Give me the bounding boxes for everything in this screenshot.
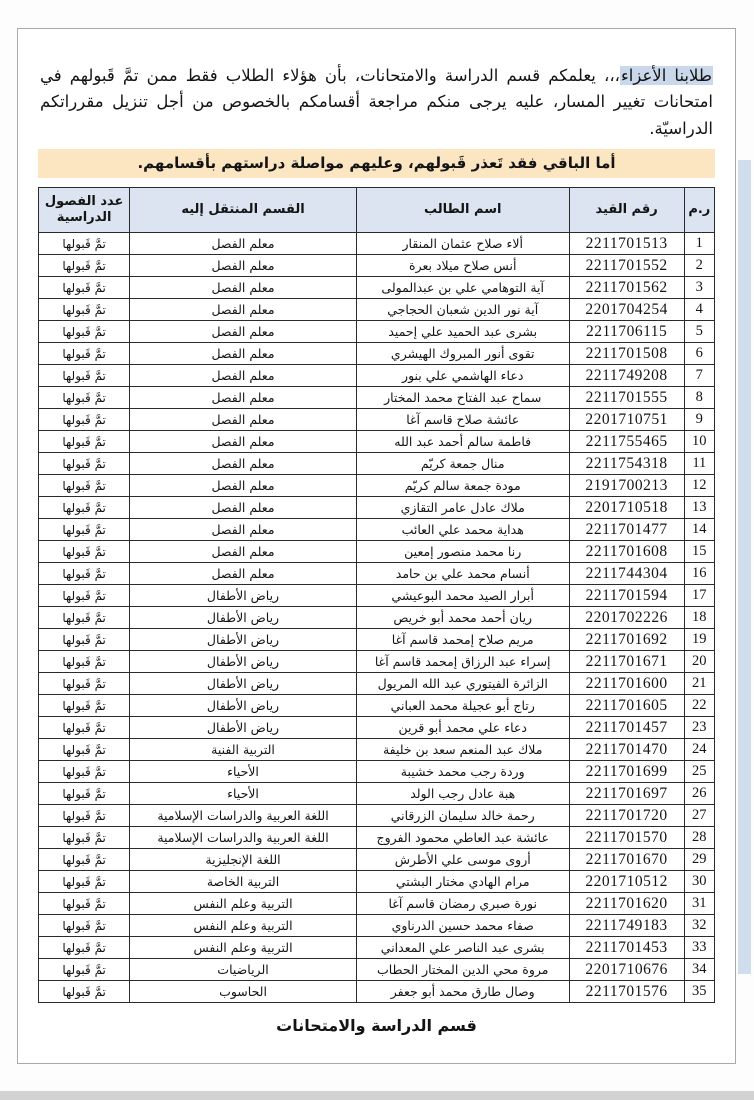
table-row: 3 2211701562 آية التوهامي علي بن عبدالمو…: [39, 277, 715, 299]
student-name-cell: صفاء محمد حسين الدرناوي: [356, 915, 569, 937]
student-name-cell: سماح عبد الفتاح محمد المختار: [356, 387, 569, 409]
department-cell: معلم الفصل: [130, 277, 356, 299]
table-row: 26 2211701697 هبة عادل رجب الولد الأحياء…: [39, 783, 715, 805]
student-name-cell: إسراء عبد الرزاق إمحمد قاسم آغا: [356, 651, 569, 673]
status-cell: تمَّ قَبولها: [39, 915, 130, 937]
department-cell: معلم الفصل: [130, 431, 356, 453]
department-cell: معلم الفصل: [130, 409, 356, 431]
reg-number-cell: 2211749183: [569, 915, 684, 937]
row-number-cell: 18: [684, 607, 714, 629]
table-row: 21 2211701600 الزائرة الفيتوري عبد الله …: [39, 673, 715, 695]
status-cell: تمَّ قَبولها: [39, 695, 130, 717]
reg-number-cell: 2201710518: [569, 497, 684, 519]
status-cell: تمَّ قَبولها: [39, 277, 130, 299]
status-cell: تمَّ قَبولها: [39, 255, 130, 277]
status-cell: تمَّ قَبولها: [39, 233, 130, 255]
department-cell: رياض الأطفال: [130, 651, 356, 673]
header-department: القسم المنتقل إليه: [130, 188, 356, 233]
reg-number-cell: 2211701620: [569, 893, 684, 915]
footer-signature: قسم الدراسة والامتحانات: [38, 1016, 715, 1035]
row-number-cell: 3: [684, 277, 714, 299]
student-name-cell: وردة رجب محمد خشيبة: [356, 761, 569, 783]
table-row: 12 2191700213 مودة جمعة سالم كريّم معلم …: [39, 475, 715, 497]
department-cell: الرياضيات: [130, 959, 356, 981]
table-row: 13 2201710518 ملاك عادل عامر التقازي معل…: [39, 497, 715, 519]
student-name-cell: أنسام محمد علي بن حامد: [356, 563, 569, 585]
row-number-cell: 30: [684, 871, 714, 893]
header-student-name: اسم الطالب: [356, 188, 569, 233]
table-row: 33 2211701453 بشرى عبد الناصر علي المعدا…: [39, 937, 715, 959]
reg-number-cell: 2211744304: [569, 563, 684, 585]
table-row: 5 2211706115 بشرى عبد الحميد علي إحميد م…: [39, 321, 715, 343]
header-semesters: عدد الفصول الدراسية: [39, 188, 130, 233]
department-cell: الأحياء: [130, 783, 356, 805]
row-number-cell: 1: [684, 233, 714, 255]
document-page-background: { "intro": { "highlight": "طلابنا الأعزا…: [0, 0, 754, 1100]
student-name-cell: هبة عادل رجب الولد: [356, 783, 569, 805]
document-page: طلابنا الأعزاء،،، يعلمكم قسم الدراسة وال…: [17, 28, 736, 1064]
table-row: 15 2211701608 رنا محمد منصور إمعين معلم …: [39, 541, 715, 563]
table-row: 2 2211701552 أنس صلاح ميلاد بعرة معلم ال…: [39, 255, 715, 277]
reg-number-cell: 2201710751: [569, 409, 684, 431]
bottom-gray-bar: [0, 1091, 754, 1100]
reg-number-cell: 2211701608: [569, 541, 684, 563]
reg-number-cell: 2211701453: [569, 937, 684, 959]
department-cell: الأحياء: [130, 761, 356, 783]
status-cell: تمَّ قَبولها: [39, 387, 130, 409]
table-row: 18 2201702226 ريان أحمد محمد أبو خريص ري…: [39, 607, 715, 629]
intro-text: ،،، يعلمكم قسم الدراسة والامتحانات، بأن …: [40, 66, 713, 138]
student-name-cell: فاطمة سالم أحمد عبد الله: [356, 431, 569, 453]
reg-number-cell: 2211701600: [569, 673, 684, 695]
department-cell: معلم الفصل: [130, 365, 356, 387]
row-number-cell: 8: [684, 387, 714, 409]
row-number-cell: 16: [684, 563, 714, 585]
status-cell: تمَّ قَبولها: [39, 299, 130, 321]
row-number-cell: 13: [684, 497, 714, 519]
intro-highlighted-phrase: طلابنا الأعزاء: [620, 66, 713, 85]
student-name-cell: أنس صلاح ميلاد بعرة: [356, 255, 569, 277]
student-name-cell: رنا محمد منصور إمعين: [356, 541, 569, 563]
student-name-cell: مودة جمعة سالم كريّم: [356, 475, 569, 497]
table-row: 6 2211701508 تقوى أنور المبروك الهيشري م…: [39, 343, 715, 365]
row-number-cell: 10: [684, 431, 714, 453]
status-cell: تمَّ قَبولها: [39, 563, 130, 585]
row-number-cell: 23: [684, 717, 714, 739]
row-number-cell: 22: [684, 695, 714, 717]
table-row: 22 2211701605 رتاج أبو عجيلة محمد العبان…: [39, 695, 715, 717]
department-cell: التربية الخاصة: [130, 871, 356, 893]
status-cell: تمَّ قَبولها: [39, 365, 130, 387]
row-number-cell: 27: [684, 805, 714, 827]
department-cell: معلم الفصل: [130, 255, 356, 277]
department-cell: رياض الأطفال: [130, 717, 356, 739]
table-row: 4 2201704254 آية نور الدين شعبان الحجاجي…: [39, 299, 715, 321]
reg-number-cell: 2201704254: [569, 299, 684, 321]
student-name-cell: دعاء علي محمد أبو قرين: [356, 717, 569, 739]
reg-number-cell: 2211701457: [569, 717, 684, 739]
student-name-cell: آية نور الدين شعبان الحجاجي: [356, 299, 569, 321]
status-cell: تمَّ قَبولها: [39, 541, 130, 563]
reg-number-cell: 2211701670: [569, 849, 684, 871]
student-name-cell: تقوى أنور المبروك الهيشري: [356, 343, 569, 365]
status-cell: تمَّ قَبولها: [39, 475, 130, 497]
department-cell: اللغة العربية والدراسات الإسلامية: [130, 827, 356, 849]
status-cell: تمَّ قَبولها: [39, 519, 130, 541]
table-row: 14 2211701477 هداية محمد علي العائب معلم…: [39, 519, 715, 541]
table-row: 17 2211701594 أبرار الصيد محمد البوعيشي …: [39, 585, 715, 607]
row-number-cell: 19: [684, 629, 714, 651]
reg-number-cell: 2201702226: [569, 607, 684, 629]
students-table-body: 1 2211701513 ألاء صلاح عثمان المنقار معل…: [39, 233, 715, 1003]
department-cell: رياض الأطفال: [130, 629, 356, 651]
department-cell: معلم الفصل: [130, 299, 356, 321]
department-cell: معلم الفصل: [130, 497, 356, 519]
row-number-cell: 33: [684, 937, 714, 959]
table-row: 20 2211701671 إسراء عبد الرزاق إمحمد قاس…: [39, 651, 715, 673]
table-row: 25 2211701699 وردة رجب محمد خشيبة الأحيا…: [39, 761, 715, 783]
row-number-cell: 26: [684, 783, 714, 805]
row-number-cell: 25: [684, 761, 714, 783]
table-row: 11 2211754318 منال جمعة كريّم معلم الفصل…: [39, 453, 715, 475]
status-cell: تمَّ قَبولها: [39, 871, 130, 893]
status-cell: تمَّ قَبولها: [39, 629, 130, 651]
student-name-cell: ملاك عادل عامر التقازي: [356, 497, 569, 519]
status-cell: تمَّ قَبولها: [39, 673, 130, 695]
table-row: 8 2211701555 سماح عبد الفتاح محمد المختا…: [39, 387, 715, 409]
row-number-cell: 9: [684, 409, 714, 431]
reg-number-cell: 2211701508: [569, 343, 684, 365]
reg-number-cell: 2201710676: [569, 959, 684, 981]
reg-number-cell: 2211754318: [569, 453, 684, 475]
status-cell: تمَّ قَبولها: [39, 651, 130, 673]
table-row: 9 2201710751 عائشة صلاح قاسم آغا معلم ال…: [39, 409, 715, 431]
students-table: ر.م رقم القيد اسم الطالب القسم المنتقل إ…: [38, 187, 715, 1003]
reg-number-cell: 2211701692: [569, 629, 684, 651]
department-cell: رياض الأطفال: [130, 607, 356, 629]
table-row: 16 2211744304 أنسام محمد علي بن حامد معل…: [39, 563, 715, 585]
row-number-cell: 12: [684, 475, 714, 497]
student-name-cell: رحمة خالد سليمان الزرقاني: [356, 805, 569, 827]
reg-number-cell: 2201710512: [569, 871, 684, 893]
students-table-header: ر.م رقم القيد اسم الطالب القسم المنتقل إ…: [39, 188, 715, 233]
status-cell: تمَّ قَبولها: [39, 761, 130, 783]
department-cell: معلم الفصل: [130, 519, 356, 541]
header-reg-number: رقم القيد: [569, 188, 684, 233]
department-cell: رياض الأطفال: [130, 673, 356, 695]
table-row: 28 2211701570 عائشة عبد العاطي محمود الف…: [39, 827, 715, 849]
student-name-cell: ألاء صلاح عثمان المنقار: [356, 233, 569, 255]
status-cell: تمَّ قَبولها: [39, 585, 130, 607]
status-cell: تمَّ قَبولها: [39, 959, 130, 981]
row-number-cell: 7: [684, 365, 714, 387]
status-cell: تمَّ قَبولها: [39, 717, 130, 739]
reg-number-cell: 2191700213: [569, 475, 684, 497]
table-row: 34 2201710676 مروة محي الدين المختار الح…: [39, 959, 715, 981]
department-cell: معلم الفصل: [130, 563, 356, 585]
department-cell: اللغة الإنجليزية: [130, 849, 356, 871]
table-row: 1 2211701513 ألاء صلاح عثمان المنقار معل…: [39, 233, 715, 255]
department-cell: معلم الفصل: [130, 233, 356, 255]
row-number-cell: 20: [684, 651, 714, 673]
student-name-cell: بشرى عبد الحميد علي إحميد: [356, 321, 569, 343]
reg-number-cell: 2211701570: [569, 827, 684, 849]
row-number-cell: 4: [684, 299, 714, 321]
row-number-cell: 11: [684, 453, 714, 475]
status-cell: تمَّ قَبولها: [39, 937, 130, 959]
student-name-cell: الزائرة الفيتوري عبد الله المريول: [356, 673, 569, 695]
row-number-cell: 35: [684, 981, 714, 1003]
row-number-cell: 6: [684, 343, 714, 365]
student-name-cell: أروى موسى علي الأطرش: [356, 849, 569, 871]
row-number-cell: 31: [684, 893, 714, 915]
table-row: 24 2211701470 ملاك عبد المنعم سعد بن خلي…: [39, 739, 715, 761]
department-cell: معلم الفصل: [130, 321, 356, 343]
table-row: 19 2211701692 مريم صلاح إمحمد قاسم آغا ر…: [39, 629, 715, 651]
student-name-cell: ملاك عبد المنعم سعد بن خليفة: [356, 739, 569, 761]
table-row: 32 2211749183 صفاء محمد حسين الدرناوي ال…: [39, 915, 715, 937]
table-row: 31 2211701620 نورة صبري رمضان قاسم آغا ا…: [39, 893, 715, 915]
table-row: 29 2211701670 أروى موسى علي الأطرش اللغة…: [39, 849, 715, 871]
reg-number-cell: 2211701477: [569, 519, 684, 541]
row-number-cell: 17: [684, 585, 714, 607]
status-cell: تمَّ قَبولها: [39, 805, 130, 827]
table-row: 7 2211749208 دعاء الهاشمي علي بنور معلم …: [39, 365, 715, 387]
table-row: 10 2211755465 فاطمة سالم أحمد عبد الله م…: [39, 431, 715, 453]
student-name-cell: آية التوهامي علي بن عبدالمولى: [356, 277, 569, 299]
table-row: 35 2211701576 وصال طارق محمد أبو جعفر ال…: [39, 981, 715, 1003]
department-cell: معلم الفصل: [130, 387, 356, 409]
row-number-cell: 24: [684, 739, 714, 761]
department-cell: التربية وعلم النفس: [130, 937, 356, 959]
student-name-cell: دعاء الهاشمي علي بنور: [356, 365, 569, 387]
department-cell: رياض الأطفال: [130, 695, 356, 717]
reg-number-cell: 2211701576: [569, 981, 684, 1003]
right-edge-highlight-strip: [738, 160, 751, 974]
reg-number-cell: 2211749208: [569, 365, 684, 387]
student-name-cell: مرام الهادي مختار البشتي: [356, 871, 569, 893]
status-cell: تمَّ قَبولها: [39, 607, 130, 629]
status-cell: تمَّ قَبولها: [39, 431, 130, 453]
reg-number-cell: 2211701594: [569, 585, 684, 607]
student-name-cell: عائشة صلاح قاسم آغا: [356, 409, 569, 431]
status-cell: تمَّ قَبولها: [39, 739, 130, 761]
row-number-cell: 15: [684, 541, 714, 563]
intro-paragraph: طلابنا الأعزاء،،، يعلمكم قسم الدراسة وال…: [40, 63, 713, 142]
row-number-cell: 21: [684, 673, 714, 695]
student-name-cell: هداية محمد علي العائب: [356, 519, 569, 541]
reg-number-cell: 2211701555: [569, 387, 684, 409]
student-name-cell: بشرى عبد الناصر علي المعداني: [356, 937, 569, 959]
student-name-cell: وصال طارق محمد أبو جعفر: [356, 981, 569, 1003]
table-row: 23 2211701457 دعاء علي محمد أبو قرين ريا…: [39, 717, 715, 739]
department-cell: التربية وعلم النفس: [130, 893, 356, 915]
row-number-cell: 28: [684, 827, 714, 849]
department-cell: التربية وعلم النفس: [130, 915, 356, 937]
reg-number-cell: 2211755465: [569, 431, 684, 453]
student-name-cell: رتاج أبو عجيلة محمد العباني: [356, 695, 569, 717]
reg-number-cell: 2211701699: [569, 761, 684, 783]
student-name-cell: عائشة عبد العاطي محمود الفروج: [356, 827, 569, 849]
header-row-number: ر.م: [684, 188, 714, 233]
department-cell: رياض الأطفال: [130, 585, 356, 607]
table-row: 30 2201710512 مرام الهادي مختار البشتي ا…: [39, 871, 715, 893]
status-cell: تمَّ قَبولها: [39, 893, 130, 915]
status-cell: تمَّ قَبولها: [39, 783, 130, 805]
reg-number-cell: 2211701671: [569, 651, 684, 673]
status-cell: تمَّ قَبولها: [39, 453, 130, 475]
department-cell: الحاسوب: [130, 981, 356, 1003]
reg-number-cell: 2211701552: [569, 255, 684, 277]
department-cell: معلم الفصل: [130, 343, 356, 365]
table-row: 27 2211701720 رحمة خالد سليمان الزرقاني …: [39, 805, 715, 827]
department-cell: معلم الفصل: [130, 541, 356, 563]
status-cell: تمَّ قَبولها: [39, 409, 130, 431]
status-cell: تمَّ قَبولها: [39, 981, 130, 1003]
row-number-cell: 14: [684, 519, 714, 541]
student-name-cell: نورة صبري رمضان قاسم آغا: [356, 893, 569, 915]
reg-number-cell: 2211701720: [569, 805, 684, 827]
status-cell: تمَّ قَبولها: [39, 849, 130, 871]
status-cell: تمَّ قَبولها: [39, 343, 130, 365]
row-number-cell: 32: [684, 915, 714, 937]
status-cell: تمَّ قَبولها: [39, 497, 130, 519]
reg-number-cell: 2211701562: [569, 277, 684, 299]
status-cell: تمَّ قَبولها: [39, 827, 130, 849]
student-name-cell: أبرار الصيد محمد البوعيشي: [356, 585, 569, 607]
row-number-cell: 34: [684, 959, 714, 981]
status-cell: تمَّ قَبولها: [39, 321, 130, 343]
student-name-cell: منال جمعة كريّم: [356, 453, 569, 475]
reg-number-cell: 2211701697: [569, 783, 684, 805]
row-number-cell: 2: [684, 255, 714, 277]
department-cell: معلم الفصل: [130, 475, 356, 497]
department-cell: اللغة العربية والدراسات الإسلامية: [130, 805, 356, 827]
reg-number-cell: 2211706115: [569, 321, 684, 343]
department-cell: معلم الفصل: [130, 453, 356, 475]
student-name-cell: مروة محي الدين المختار الحطاب: [356, 959, 569, 981]
reg-number-cell: 2211701605: [569, 695, 684, 717]
student-name-cell: مريم صلاح إمحمد قاسم آغا: [356, 629, 569, 651]
notice-banner: أما الباقي فقد تَعذر قَبولهم، وعليهم موا…: [38, 149, 715, 178]
student-name-cell: ريان أحمد محمد أبو خريص: [356, 607, 569, 629]
reg-number-cell: 2211701470: [569, 739, 684, 761]
row-number-cell: 5: [684, 321, 714, 343]
reg-number-cell: 2211701513: [569, 233, 684, 255]
row-number-cell: 29: [684, 849, 714, 871]
department-cell: التربية الفنية: [130, 739, 356, 761]
